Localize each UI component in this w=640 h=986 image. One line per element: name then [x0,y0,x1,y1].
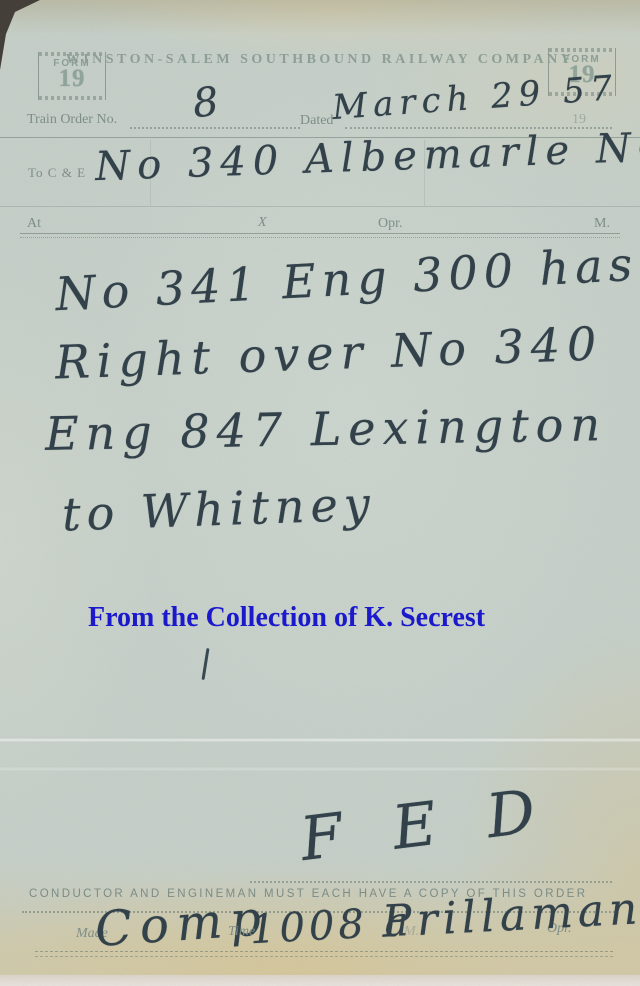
x-label: X [258,215,267,231]
double-rule [20,233,620,238]
scanned-train-order-document: FORM 19 FORM 19 WINSTON-SALEM SOUTHBOUND… [0,0,640,986]
train-order-dotted-line [130,127,300,129]
order-body-line-1: No 341 Eng 300 has [54,237,639,321]
dated-label: Dated [300,113,333,129]
to-c-and-e-label: To C & E [28,165,86,181]
divider-rule [0,206,640,207]
company-name: WINSTON-SALEM SOUTHBOUND RAILWAY COMPANY [0,52,640,68]
order-body-line-4: to Whitney [61,477,376,542]
order-body-line-3: Eng 847 Lexington [45,397,608,461]
fold-crease [0,766,640,772]
to-address-handwritten: No 340 Albemarle NC [94,124,640,190]
train-order-no-label: Train Order No. [27,112,117,128]
opr-label: Opr. [378,216,403,232]
fold-crease [0,737,640,743]
collection-watermark: From the Collection of K. Secrest [88,602,485,634]
double-dashed-rule [35,951,613,957]
form-number: 19 [39,69,105,89]
train-order-number-handwritten: 8 [191,79,221,127]
pen-stroke-mark [202,648,210,680]
m-label: M. [594,216,610,232]
order-body-line-2: Right over No 340 [54,316,604,389]
at-label: At [27,216,41,232]
scan-edge-strip [0,975,640,986]
dotted-rule [250,881,612,883]
printed-year-19: 19 [572,112,586,128]
